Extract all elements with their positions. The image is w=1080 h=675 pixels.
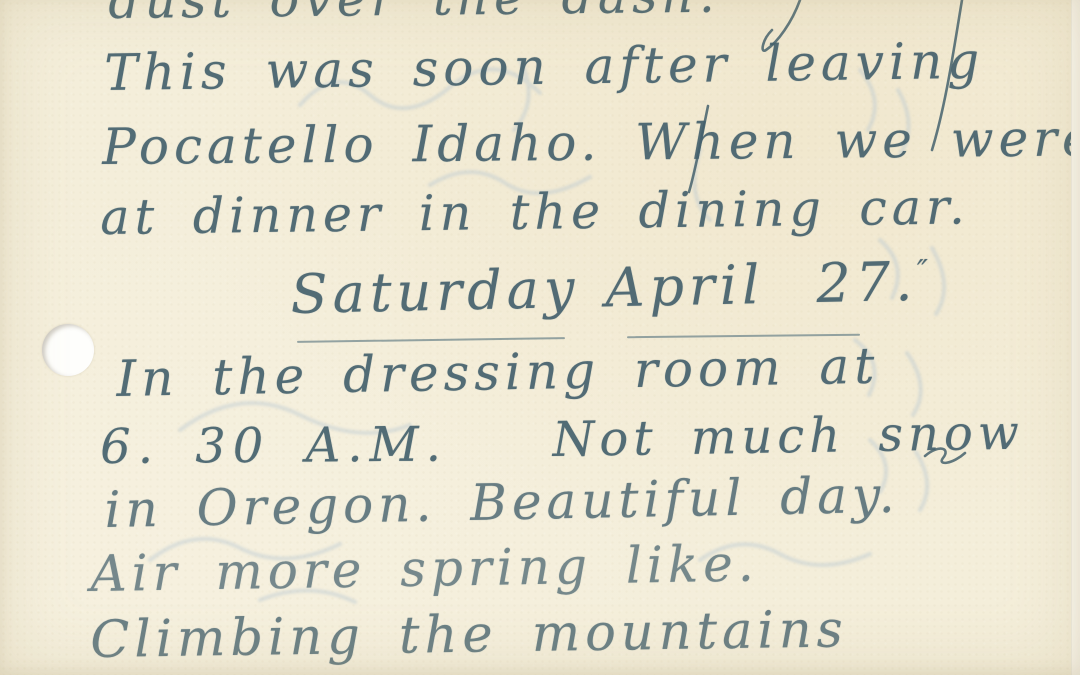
handwritten-line: in Oregon. Beautiful day. xyxy=(104,466,900,539)
scanned-page: dust over the dash. This was soon after … xyxy=(0,0,1080,675)
handwritten-line: Air more spring like. xyxy=(90,535,759,603)
handwritten-line: This was soon after leaving xyxy=(104,32,985,102)
handwritten-line-top-cut: dust over the dash. xyxy=(108,0,720,30)
handwritten-line: at dinner in the dining car. xyxy=(100,178,970,246)
heading-date-superscript: ″ xyxy=(917,254,930,289)
heading-date: April 27. xyxy=(605,250,918,320)
entry-date-heading: SaturdayApril 27.″ xyxy=(290,250,930,326)
handwritten-line-bottom-cut: Climbing the mountains xyxy=(90,600,848,670)
scan-right-edge xyxy=(1071,0,1080,675)
hole-punch xyxy=(42,324,94,376)
handwritten-time: 6. 30 A.M. xyxy=(100,417,448,475)
handwritten-line: In the dressing room at xyxy=(116,337,880,408)
handwritten-line: Pocatello Idaho. When we were xyxy=(102,109,1080,176)
handwritten-line: Not much snow xyxy=(552,405,1024,468)
heading-day: Saturday xyxy=(290,257,580,326)
